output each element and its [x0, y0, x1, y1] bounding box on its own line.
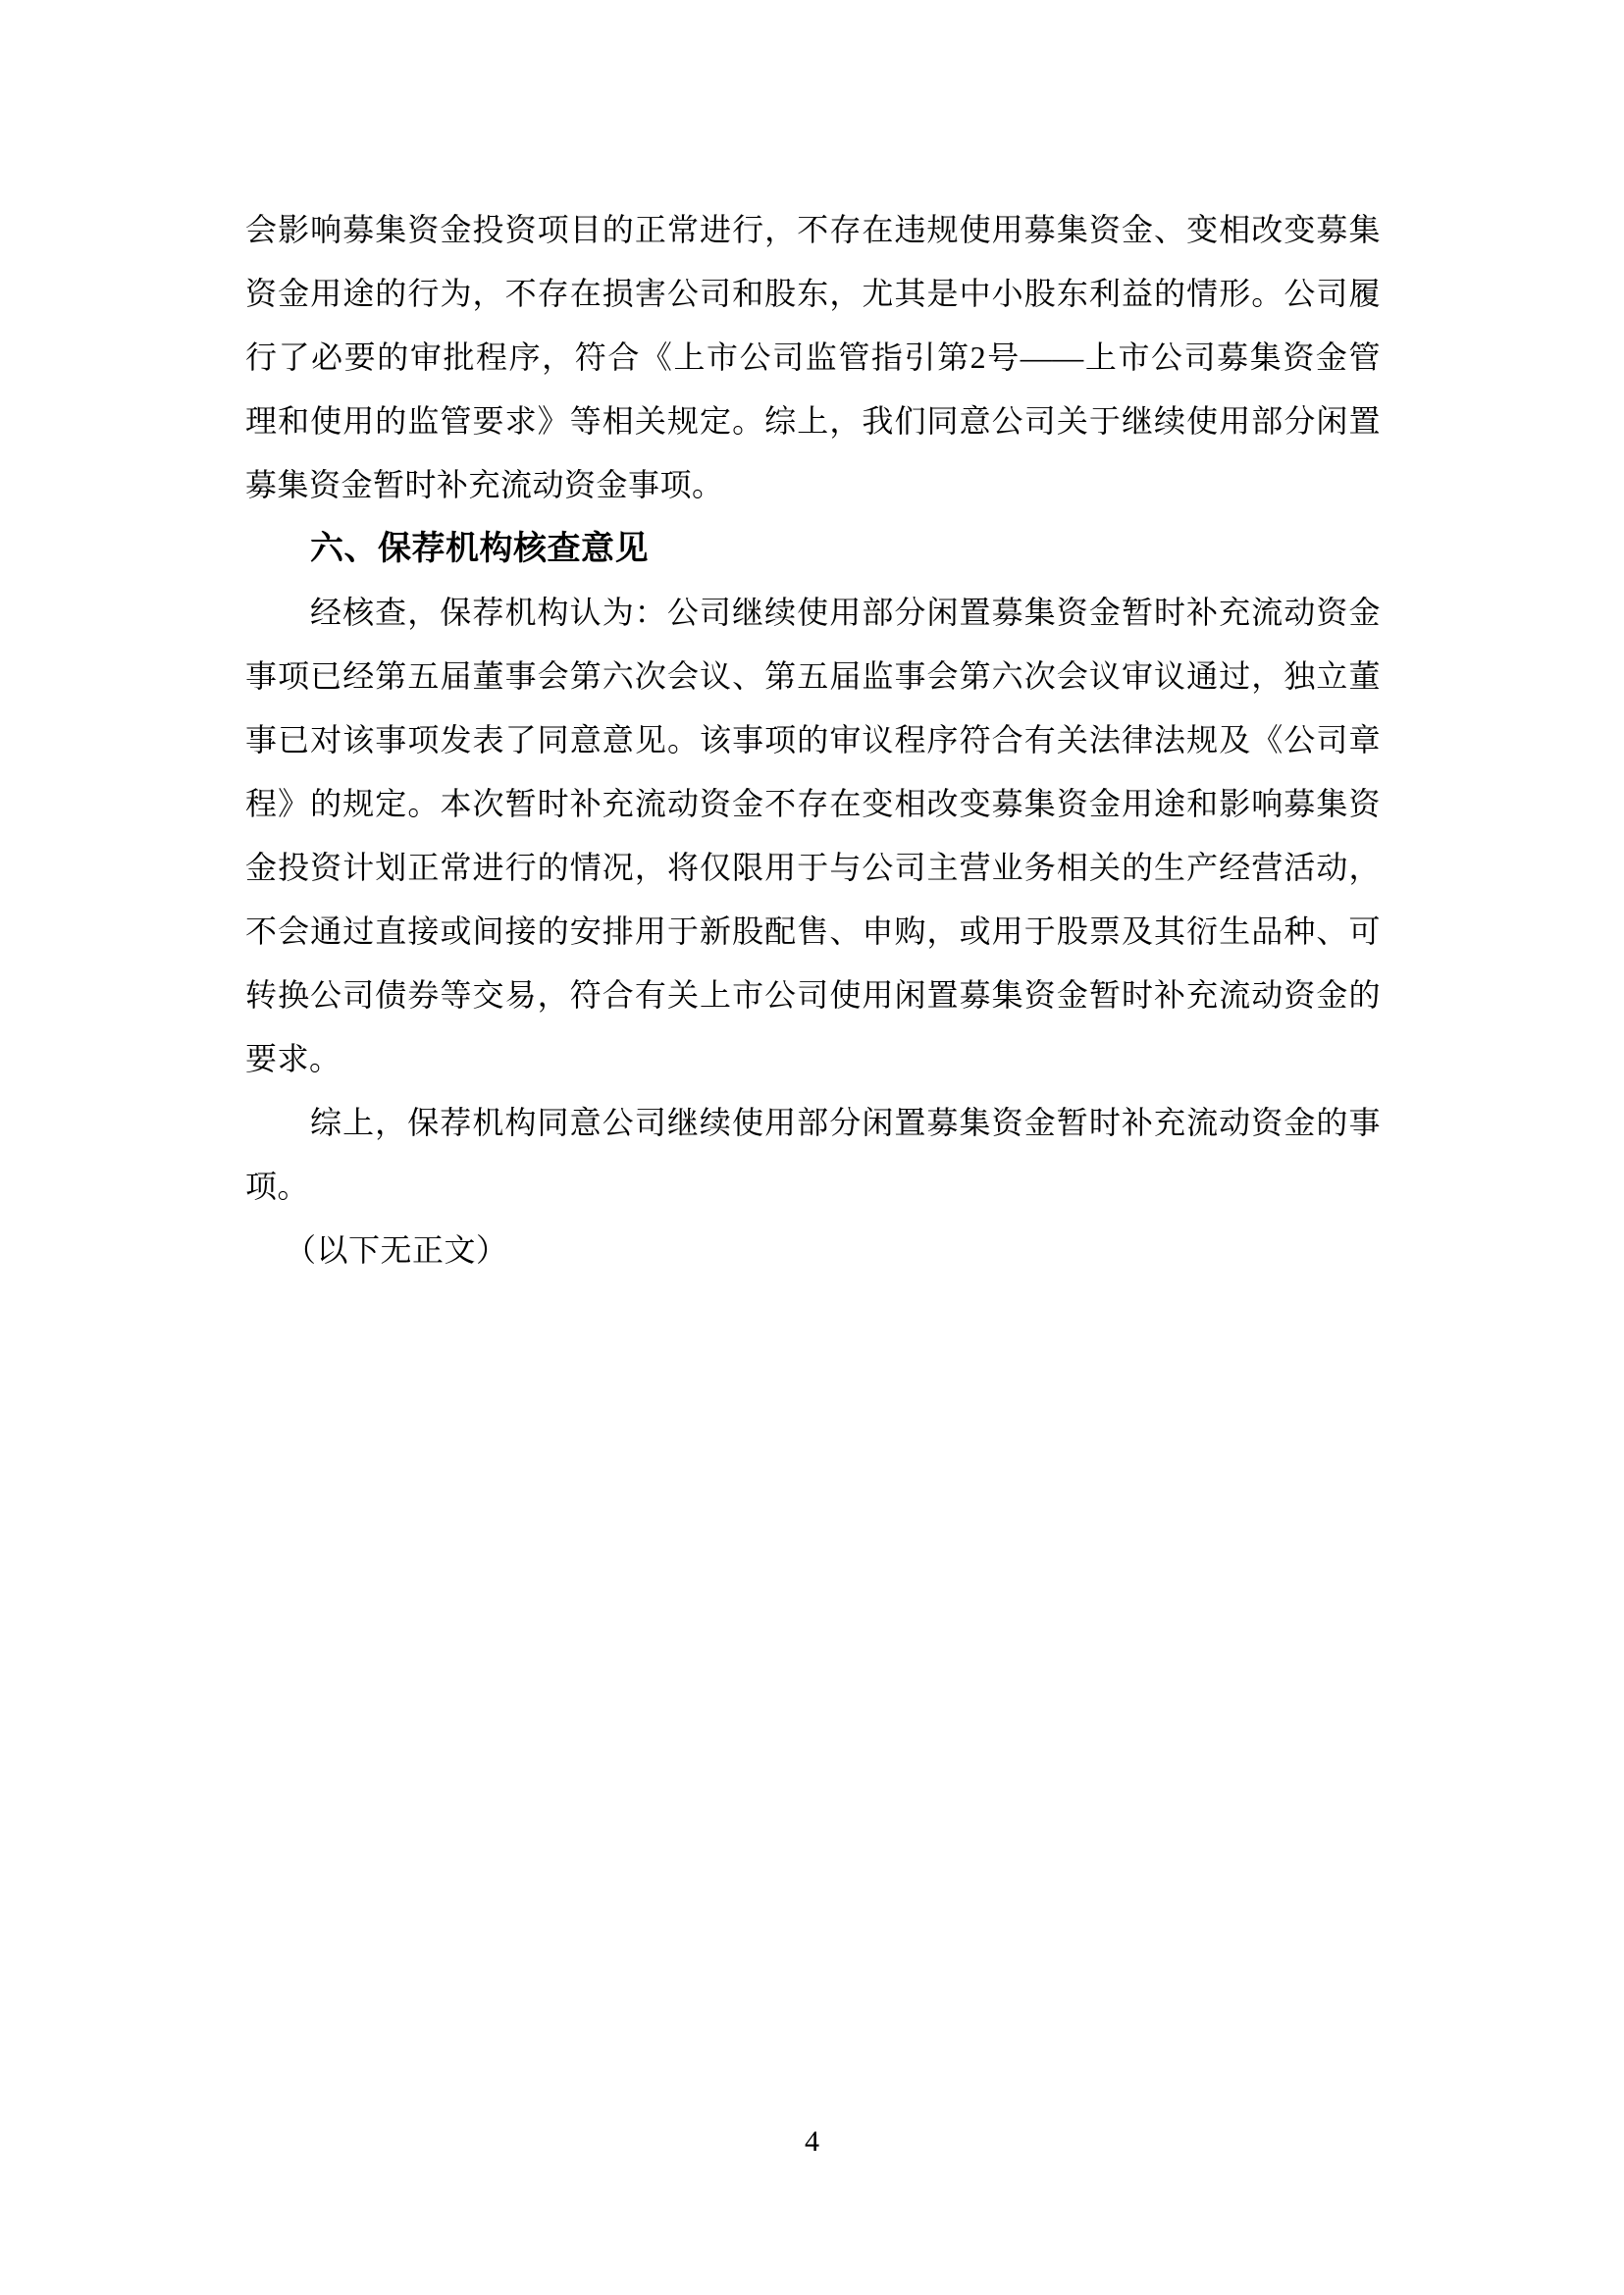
document-body: 会影响募集资金投资项目的正常进行，不存在违规使用募集资金、变相改变募集资金用途的…: [245, 198, 1381, 1282]
page-number: 4: [0, 2122, 1624, 2162]
text-line: 经核查，保荐机构认为：公司继续使用部分闲置募集资金暂时补充流动资金: [245, 581, 1381, 645]
section-heading: 六、保荐机构核查意见: [245, 517, 1381, 581]
paragraph: （以下无正文）: [245, 1219, 1381, 1282]
text-line: 行了必要的审批程序，符合《上市公司监管指引第2号——上市公司募集资金管: [245, 326, 1381, 390]
text-line: 不会通过直接或间接的安排用于新股配售、申购，或用于股票及其衍生品种、可: [245, 900, 1381, 964]
text-line: 募集资金暂时补充流动资金事项。: [245, 453, 1381, 517]
text-line: 程》的规定。本次暂时补充流动资金不存在变相改变募集资金用途和影响募集资: [245, 772, 1381, 836]
text-line: 事已对该事项发表了同意意见。该事项的审议程序符合有关法律法规及《公司章: [245, 708, 1381, 772]
document-page: 会影响募集资金投资项目的正常进行，不存在违规使用募集资金、变相改变募集资金用途的…: [0, 0, 1624, 2295]
text-line: 会影响募集资金投资项目的正常进行，不存在违规使用募集资金、变相改变募集: [245, 198, 1381, 262]
text-line: 综上，保荐机构同意公司继续使用部分闲置募集资金暂时补充流动资金的事: [245, 1091, 1381, 1155]
text-line: 转换公司债券等交易，符合有关上市公司使用闲置募集资金暂时补充流动资金的: [245, 964, 1381, 1027]
text-line: 金投资计划正常进行的情况，将仅限用于与公司主营业务相关的生产经营活动，: [245, 836, 1381, 900]
text-line: 理和使用的监管要求》等相关规定。综上，我们同意公司关于继续使用部分闲置: [245, 390, 1381, 453]
text-line: （以下无正文）: [245, 1219, 1381, 1282]
paragraph: 综上，保荐机构同意公司继续使用部分闲置募集资金暂时补充流动资金的事项。: [245, 1091, 1381, 1219]
paragraph: 会影响募集资金投资项目的正常进行，不存在违规使用募集资金、变相改变募集资金用途的…: [245, 198, 1381, 517]
text-line: 要求。: [245, 1027, 1381, 1091]
text-line: 资金用途的行为，不存在损害公司和股东，尤其是中小股东利益的情形。公司履: [245, 262, 1381, 326]
text-line: 事项已经第五届董事会第六次会议、第五届监事会第六次会议审议通过，独立董: [245, 645, 1381, 708]
text-line: 项。: [245, 1155, 1381, 1219]
paragraph: 经核查，保荐机构认为：公司继续使用部分闲置募集资金暂时补充流动资金事项已经第五届…: [245, 581, 1381, 1091]
